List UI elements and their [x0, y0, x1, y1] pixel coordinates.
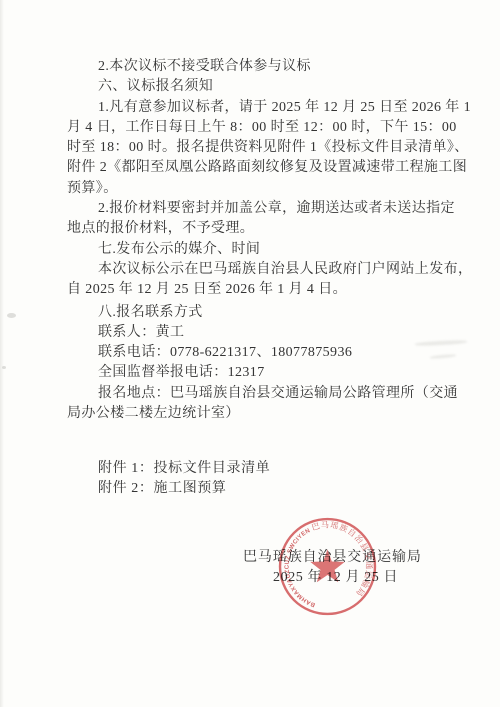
- text-line: 2.本次议标不接受联合体参与议标: [67, 57, 465, 77]
- official-seal: BAHMAXYAUZCUZ SWCIYEN 巴马瑶族自治县交通运输局: [277, 516, 378, 617]
- text-line: 本次议标公示在巴马瑶族自治县人民政府门户网站上发布，: [67, 260, 465, 280]
- scan-edge-shading: [0, 0, 4, 707]
- document-page: 2.本次议标不接受联合体参与议标 六、议标报名须知 1.凡有意参加议标者，请于 …: [0, 0, 500, 707]
- contact-person-line: 联系人：黄工: [67, 323, 465, 343]
- attachment-item: 附件 2：施工图预算: [98, 479, 270, 499]
- text-line: 自 2025 年 12 月 25 日至 2026 年 1 月 4 日。: [67, 280, 465, 300]
- text-line: 预算》。: [67, 179, 465, 199]
- report-hotline-line: 全国监督举报电话：12317: [67, 363, 465, 383]
- text-line: 2.报价材料要密封并加盖公章，逾期送达或者未送达指定: [67, 199, 465, 219]
- text-line: 附件 2《都阳至凤凰公路路面刻纹修复及设置减速带工程施工图: [67, 158, 465, 178]
- text-line: 局办公楼二楼左边统计室）: [67, 404, 465, 424]
- text-line: 时至 18：00 时。报名提供资料见附件 1《投标文件目录清单》、: [67, 138, 465, 158]
- section-heading: 六、议标报名须知: [67, 77, 465, 97]
- text-line: 月 4 日，工作日每日上午 8：00 时至 12：00 时，下午 15：00: [67, 118, 465, 138]
- text-line: 1.凡有意参加议标者，请于 2025 年 12 月 25 日至 2026 年 1: [67, 98, 465, 118]
- contact-phone-line: 联系电话：0778-6221317、18077875936: [67, 343, 465, 363]
- section-heading: 八.报名联系方式: [67, 303, 465, 323]
- section-heading: 七.发布公示的媒介、时间: [67, 240, 465, 260]
- seal-star-icon: [310, 549, 345, 582]
- text-line: 报名地点：巴马瑶族自治县交通运输局公路管理所（交通: [67, 384, 465, 404]
- text-line: 地点的报价材料，不予受理。: [67, 219, 465, 239]
- attachment-item: 附件 1：投标文件目录清单: [98, 459, 270, 479]
- scan-speck: [2, 366, 6, 369]
- seal-chinese-text: 巴马瑶族自治县交通运输局: [311, 519, 375, 598]
- document-body: 2.本次议标不接受联合体参与议标 六、议标报名须知 1.凡有意参加议标者，请于 …: [67, 57, 465, 424]
- attachment-list: 附件 1：投标文件目录清单 附件 2：施工图预算: [98, 459, 270, 500]
- scan-speck: [7, 313, 16, 318]
